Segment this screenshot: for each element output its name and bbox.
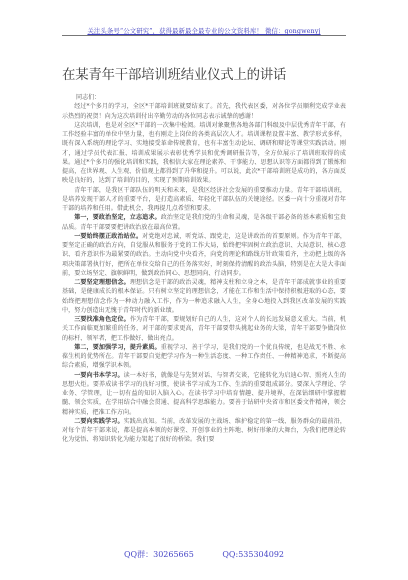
paragraph-lead: 一要始终摆正政治站位。: [74, 233, 142, 240]
paragraph: 一要向书本学习。读一本好书，就像是与先贤对话、与智者交谈，它能转化为启迪心智、照…: [62, 371, 346, 417]
paragraph: 二要向实践学习。实践出真知。当前，改革发展的主战场、维护稳定的第一线、服务群众的…: [62, 417, 346, 445]
paragraph-text: 这次培训，也是对全区*干部的一次集中检阅。培训对象聚焦各地各部门科级及中层优秀青…: [62, 122, 346, 185]
qq-group-number: QQ群：30265665: [124, 550, 194, 559]
paragraph-lead: 二要向实践学习。: [74, 418, 123, 425]
paragraph-lead: 第一，要政治坚定，立志追求。: [74, 214, 161, 221]
paragraph: 第一，要政治坚定，立志追求。政治坚定是我们党的生命和灵魂，是各级干部必备的基本素…: [62, 213, 346, 232]
paragraph: 青年干部，是我区干部队伍的明天和未来，是我区经济社会发展的重要推动力量。青年干部…: [62, 186, 346, 214]
paragraph-lead: 二要坚定理想信念。: [74, 279, 130, 286]
document-body: 同志们： 经过*个多月的学习，全区*干部培训班就要结束了。首先，我代表区委，对各…: [62, 93, 346, 445]
paragraph-lead: 一要向书本学习。: [74, 372, 123, 379]
paragraph: 一要始终摆正政治站位。对党绝对忠诚，听党话、跟党走，这是讲政治的首要原则。作为青…: [62, 232, 346, 278]
paragraph: 经过*个多月的学习，全区*干部培训班就要结束了。首先，我代表区委，对各位学员顺利…: [62, 102, 346, 121]
header-divider: [62, 35, 346, 36]
paragraph: 三要找准角色定位。作为青年干部，要规划好自己的人生，这对个人的长远发展意义重大。…: [62, 315, 346, 343]
paragraph-text: 经过*个多月的学习，全区*干部培训班就要结束了。首先，我代表区委，对各位学员顺利…: [62, 103, 346, 119]
paragraph-text: 青年干部，是我区干部队伍的明天和未来，是我区经济社会发展的重要推动力量。青年干部…: [62, 187, 346, 213]
document-title: 在某青年干部培训班结业仪式上的讲话: [62, 64, 286, 83]
paragraph-lead: 第二，要加强学习，提升素质。: [74, 344, 161, 351]
paragraph-lead: 三要找准角色定位。: [74, 316, 130, 323]
salutation: 同志们：: [62, 93, 346, 102]
paragraph: 二要坚定理想信念。理想信念是干部的政治灵魂，精神支柱和立身之本，是青年干部成就事…: [62, 278, 346, 315]
paragraph: 第二，要加强学习，提升素质。重视学习、善于学习，是我们党的一个优良传统，也是战无…: [62, 343, 346, 371]
footer-contact: QQ群：30265665 QQ:535304092: [0, 549, 408, 560]
paragraph: 这次培训，也是对全区*干部的一次集中检阅。培训对象聚焦各地各部门科级及中层优秀青…: [62, 121, 346, 186]
header-banner[interactable]: 关注头条号“公文研究”，获得最新最全最专业的公文资料库！ 微信：gongweny…: [62, 26, 346, 35]
qq-number: QQ:535304092: [222, 550, 284, 559]
